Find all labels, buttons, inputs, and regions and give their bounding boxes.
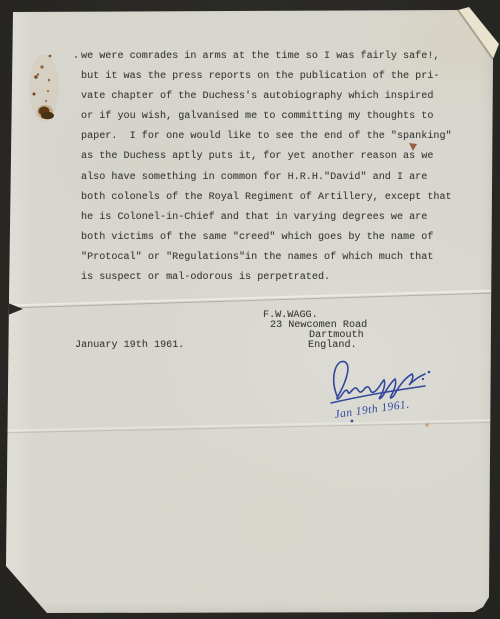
letter-paper: we were comrades in arms at the time so …	[0, 0, 500, 619]
body-line: as the Duchess aptly puts it, for yet an…	[81, 147, 452, 167]
body-line: both victims of the same "creed" which g…	[81, 228, 452, 248]
body-line: or if you wish, galvanised me to committ…	[81, 107, 452, 127]
body-line: is suspect or mal-odorous is perpetrated…	[81, 268, 452, 288]
body-line: he is Colonel-in-Chief and that in varyi…	[81, 208, 452, 228]
body-line: we were comrades in arms at the time so …	[81, 47, 452, 67]
letter-body: we were comrades in arms at the time so …	[81, 47, 452, 288]
typed-date: January 19th 1961.	[75, 340, 184, 351]
body-line: paper. I for one would like to see the e…	[81, 127, 452, 147]
body-line: but it was the press reports on the publ…	[81, 67, 452, 87]
body-line: vate chapter of the Duchess's autobiogra…	[81, 87, 452, 107]
body-line: both colonels of the Royal Regiment of A…	[81, 188, 452, 208]
body-line: "Protocal" or "Regulations"in the names …	[81, 248, 452, 268]
sender-address-line-3: England.	[308, 340, 357, 351]
scanned-letter-photo: we were comrades in arms at the time so …	[0, 0, 500, 619]
body-line: also have something in common for H.R.H.…	[81, 168, 452, 188]
